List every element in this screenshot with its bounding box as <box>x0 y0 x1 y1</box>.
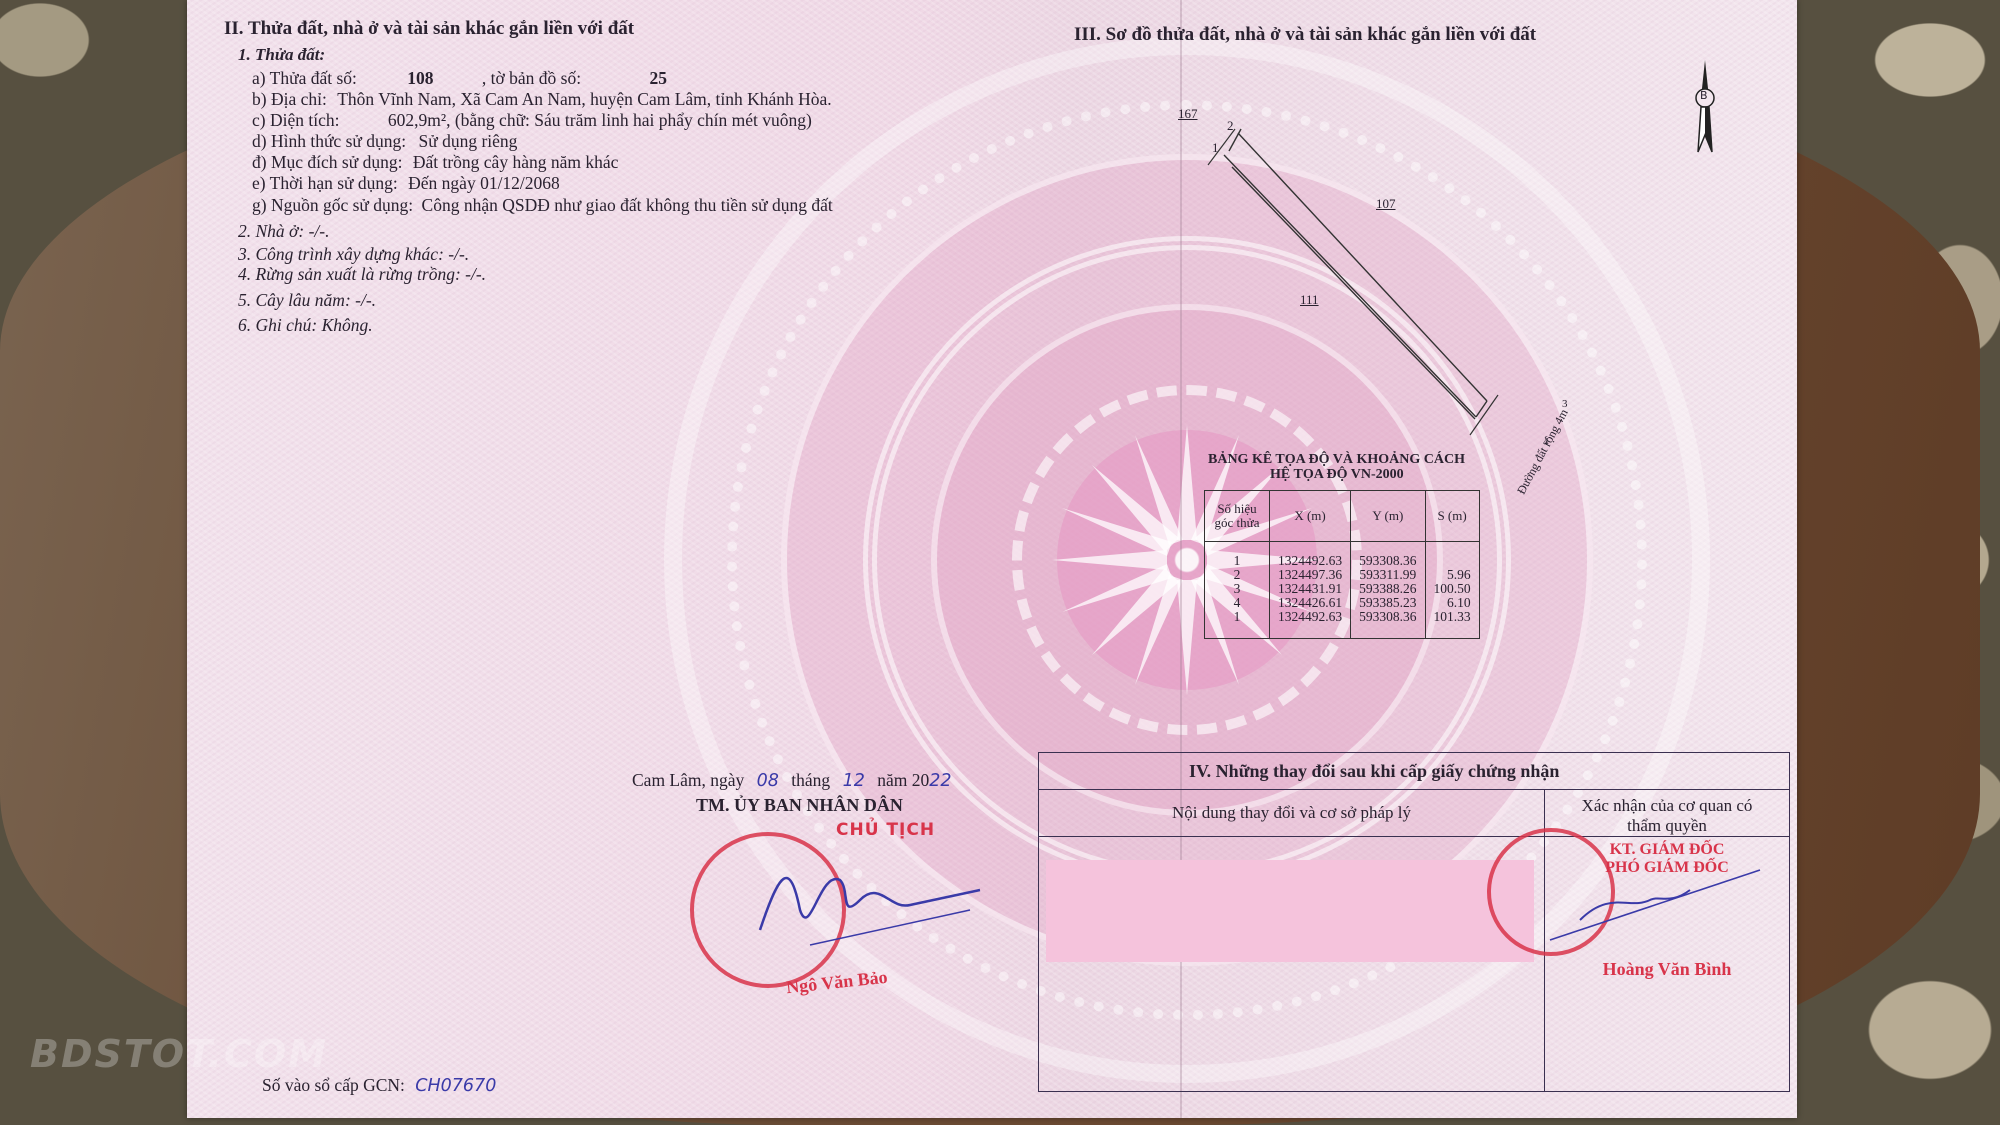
coord-table-row: 11324492.63593308.36 <box>1205 542 1480 569</box>
term-label: e) Thời hạn sử dụng: <box>252 173 398 193</box>
section-iii-title: III. Sơ đồ thửa đất, nhà ở và tài sản kh… <box>1074 24 1536 46</box>
origin-row: g) Nguồn gốc sử dụng: Công nhận QSDĐ như… <box>252 195 833 216</box>
coord-table-cell: 1324492.63 <box>1270 610 1351 639</box>
month-label: tháng <box>791 770 830 790</box>
coord-table-cell: 593388.26 <box>1351 582 1425 596</box>
use-form-label: d) Hình thức sử dụng: <box>252 131 406 151</box>
changes-confirm-header: Xác nhận của cơ quan có thẩm quyền <box>1545 790 1789 837</box>
map-sheet-number: 25 <box>649 68 667 88</box>
perennial-trees-line: 5. Cây lâu năm: -/-. <box>238 290 376 311</box>
changes-content-header: Nội dung thay đổi và cơ sở pháp lý <box>1039 790 1544 837</box>
changes-title: IV. Những thay đổi sau khi cấp giấy chứn… <box>1039 753 1789 790</box>
north-arrow: B <box>1690 60 1720 165</box>
coord-table-cell: 2 <box>1205 568 1270 582</box>
neighbor-parcel-167: 167 <box>1178 106 1198 122</box>
coord-table-cell: 593385.23 <box>1351 596 1425 610</box>
term-row: e) Thời hạn sử dụng: Đến ngày 01/12/2068 <box>252 173 560 194</box>
coord-table-row: 41324426.61593385.236.10 <box>1205 596 1480 610</box>
area-row: c) Diện tích: 602,9m², (bằng chữ: Sáu tr… <box>252 110 812 131</box>
coordinate-table: Số hiệu góc thửaX (m)Y (m)S (m) 11324492… <box>1204 490 1480 639</box>
coord-table-cell: 593311.99 <box>1351 568 1425 582</box>
area-label: c) Diện tích: <box>252 110 339 130</box>
coord-table-cell: 5.96 <box>1425 568 1479 582</box>
coord-table-cell: 1 <box>1205 610 1270 639</box>
parcel-number: 108 <box>407 68 433 88</box>
house-line: 2. Nhà ở: -/-. <box>238 221 329 242</box>
coord-table-row: 21324497.36593311.995.96 <box>1205 568 1480 582</box>
confirm-name: Hoàng Văn Bình <box>1545 959 1789 980</box>
parcel-row: a) Thửa đất số: 108 , tờ bản đồ số: 25 <box>252 68 667 89</box>
signer-title: CHỦ TỊCH <box>836 820 935 840</box>
coord-table-header: S (m) <box>1425 491 1479 542</box>
chairman-signature <box>750 850 990 960</box>
coord-table-cell: 1324492.63 <box>1270 542 1351 569</box>
land-heading: 1. Thửa đất: <box>238 45 325 65</box>
parcel-label: a) Thửa đất số: <box>252 68 357 88</box>
coord-table-cell: 1324426.61 <box>1270 596 1351 610</box>
use-form-row: d) Hình thức sử dụng: Sử dụng riêng <box>252 131 517 152</box>
address-label: b) Địa chỉ: <box>252 89 327 109</box>
coord-table-cell: 593308.36 <box>1351 610 1425 639</box>
coord-table-subtitle: HỆ TỌA ĐỘ VN-2000 <box>1270 467 1404 483</box>
coord-table-title: BẢNG KÊ TỌA ĐỘ VÀ KHOẢNG CÁCH <box>1208 452 1465 468</box>
registry-value: CH07670 <box>415 1076 496 1096</box>
address-value: Thôn Vĩnh Nam, Xã Cam An Nam, huyện Cam … <box>337 89 831 109</box>
coord-table-row: 11324492.63593308.36101.33 <box>1205 610 1480 639</box>
signing-date: Cam Lâm, ngày 08 tháng 12 năm 2022 <box>632 770 952 791</box>
purpose-label: đ) Mục đích sử dụng: <box>252 152 402 172</box>
term-value: Đến ngày 01/12/2068 <box>408 173 560 193</box>
deputy-signature <box>1540 850 1770 960</box>
other-construction-line: 3. Công trình xây dựng khác: -/-. <box>238 244 469 265</box>
purpose-row: đ) Mục đích sử dụng: Đất trồng cây hàng … <box>252 152 618 173</box>
coord-table-row: 31324431.91593388.26100.50 <box>1205 582 1480 596</box>
neighbor-parcel-111: 111 <box>1300 292 1319 308</box>
authority: TM. ỦY BAN NHÂN DÂN <box>696 795 903 816</box>
corner-point-1: 1 <box>1212 140 1219 156</box>
corner-point-2: 2 <box>1227 118 1234 134</box>
coord-table-cell: 4 <box>1205 596 1270 610</box>
year-label: năm 20 <box>877 770 929 790</box>
coord-table-header: Số hiệu góc thửa <box>1205 491 1270 542</box>
signing-place: Cam Lâm, ngày <box>632 770 744 790</box>
north-arrow-icon <box>1690 60 1720 160</box>
redacted-area <box>1046 860 1534 962</box>
registry-label: Số vào sổ cấp GCN: <box>262 1075 405 1095</box>
origin-value: Công nhận QSDĐ như giao đất không thu ti… <box>422 195 833 215</box>
origin-label: g) Nguồn gốc sử dụng: <box>252 195 413 215</box>
coord-table-cell: 1324431.91 <box>1270 582 1351 596</box>
coord-table-cell: 593308.36 <box>1351 542 1425 569</box>
coord-table-cell: 1 <box>1205 542 1270 569</box>
purpose-value: Đất trồng cây hàng năm khác <box>413 152 619 172</box>
signing-month: 12 <box>843 771 865 791</box>
signing-day: 08 <box>757 771 779 791</box>
map-sheet-label: , tờ bản đồ số: <box>482 68 581 88</box>
coord-table-header: X (m) <box>1270 491 1351 542</box>
north-label: B <box>1700 89 1708 102</box>
use-form-value: Sử dụng riêng <box>418 131 517 151</box>
area-value: 602,9m², (bằng chữ: Sáu trăm linh hai ph… <box>388 110 812 130</box>
coord-table-cell: 1324497.36 <box>1270 568 1351 582</box>
coord-table-cell: 3 <box>1205 582 1270 596</box>
registry-row: Số vào sổ cấp GCN: CH07670 <box>262 1075 496 1096</box>
coord-table-cell <box>1425 542 1479 569</box>
coord-table-header: Y (m) <box>1351 491 1425 542</box>
production-forest-line: 4. Rừng sản xuất là rừng trồng: -/-. <box>238 264 486 285</box>
watermark: BDSTOT.COM <box>30 1032 328 1076</box>
notes-line: 6. Ghi chú: Không. <box>238 315 373 336</box>
section-ii-title: II. Thửa đất, nhà ở và tài sản khác gắn … <box>224 18 634 40</box>
neighbor-parcel-107: 107 <box>1376 196 1396 212</box>
coord-table-cell: 6.10 <box>1425 596 1479 610</box>
coord-table-cell: 100.50 <box>1425 582 1479 596</box>
coord-table-cell: 101.33 <box>1425 610 1479 639</box>
signing-year: 22 <box>929 771 951 791</box>
address-row: b) Địa chỉ: Thôn Vĩnh Nam, Xã Cam An Nam… <box>252 89 832 110</box>
